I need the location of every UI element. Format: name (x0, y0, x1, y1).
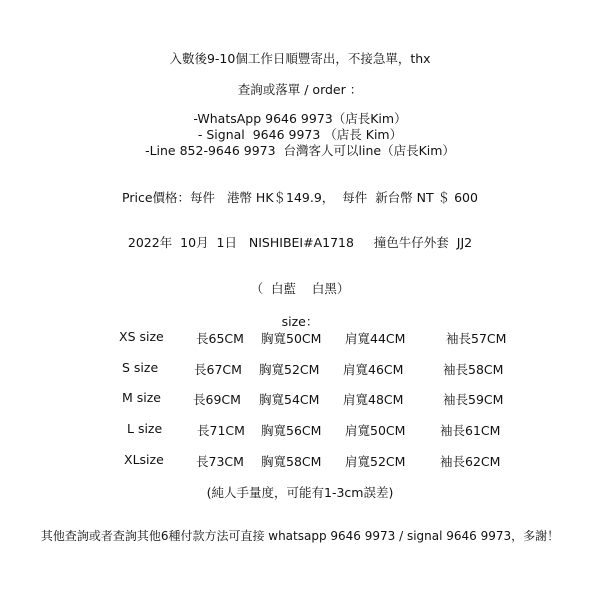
chest-value: 胸寬50CM (261, 329, 321, 347)
length-value: 長67CM (194, 360, 242, 378)
sleeve-value: 袖長58CM (443, 360, 503, 378)
length-value: 長65CM (196, 329, 244, 347)
chest-value: 胸寬52CM (259, 360, 319, 378)
size-label: XLsize (124, 452, 164, 467)
product-info: 2022年 10月 1日 NISHIBEI#A1718 撞色牛仔外套 JJ2 (0, 235, 600, 251)
chest-value: 胸寬56CM (261, 421, 321, 439)
notice-text: 入數後9-10個工作日順豐寄出，不接急單，thx (0, 51, 600, 67)
color-options: （ 白藍 白黑） (0, 281, 600, 297)
chest-value: 胸寬58CM (261, 452, 321, 470)
size-row-xs: XS size 長65CM 胸寬50CM 肩寬44CM 袖長57CM (0, 329, 600, 345)
contact-whatsapp: -WhatsApp 9646 9973（店長Kim） (0, 111, 600, 127)
shoulder-value: 肩寬52CM (345, 452, 405, 470)
size-row-l: L size 長71CM 胸寬56CM 肩寬50CM 袖長61CM (0, 421, 600, 437)
contact-heading: 查詢或落單 / order ： (0, 82, 600, 98)
price-text: Price價格：每件 港幣 HK＄149.9， 每件 新台幣 NT ＄ 600 (0, 190, 600, 206)
length-value: 長73CM (196, 452, 244, 470)
size-label: L size (127, 421, 162, 436)
shoulder-value: 肩寬46CM (343, 360, 403, 378)
chest-value: 胸寬54CM (259, 390, 319, 408)
size-row-xl: XLsize 長73CM 胸寬58CM 肩寬52CM 袖長62CM (0, 452, 600, 468)
contact-signal: - Signal 9646 9973 （店長 Kim） (0, 127, 600, 143)
sleeve-value: 袖長59CM (443, 390, 503, 408)
size-heading: size： (0, 314, 600, 330)
size-label: M size (122, 390, 161, 405)
sleeve-value: 袖長57CM (446, 329, 506, 347)
shoulder-value: 肩寬50CM (345, 421, 405, 439)
sleeve-value: 袖長61CM (440, 421, 500, 439)
size-label: XS size (119, 329, 164, 344)
sleeve-value: 袖長62CM (440, 452, 500, 470)
contact-line: -Line 852-9646 9973 台灣客人可以line（店長Kim） (0, 143, 600, 159)
measurement-note: (純人手量度，可能有1-3cm誤差) (0, 485, 600, 501)
shoulder-value: 肩寬44CM (345, 329, 405, 347)
size-label: S size (122, 360, 158, 375)
shoulder-value: 肩寬48CM (343, 390, 403, 408)
size-row-m: M size 長69CM 胸寬54CM 肩寬48CM 袖長59CM (0, 390, 600, 406)
footer-contact-text: 其他查詢或者查詢其他6種付款方法可直接 whatsapp 9646 9973 /… (0, 528, 600, 544)
length-value: 長71CM (197, 421, 245, 439)
size-row-s: S size 長67CM 胸寬52CM 肩寬46CM 袖長58CM (0, 360, 600, 376)
length-value: 長69CM (193, 390, 241, 408)
